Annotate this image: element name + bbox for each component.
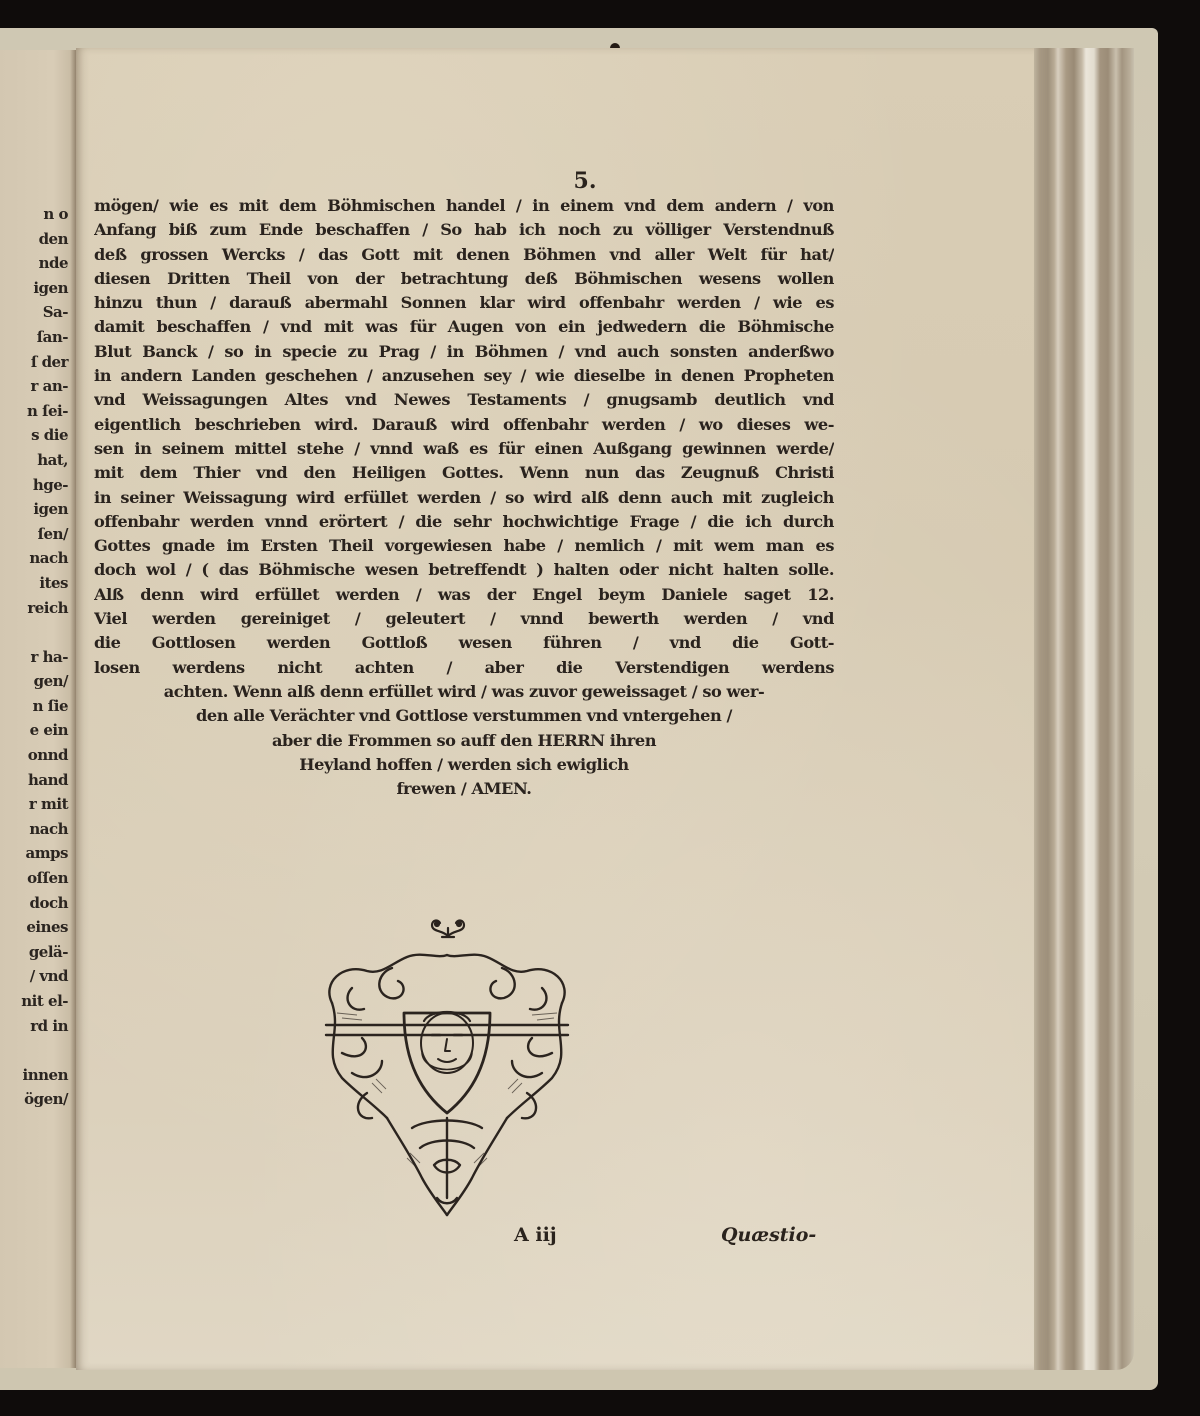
facing-page-fragment: gen/: [21, 669, 68, 694]
facing-page-fragment: eines: [21, 915, 68, 940]
facing-page-fragment: ögen/: [21, 1087, 68, 1112]
text-line: die Gottlosen werden Gottloß wesen führe…: [94, 631, 834, 655]
text-line: vnd Weissagungen Altes vnd Newes Testame…: [94, 388, 834, 412]
facing-page-fragment: onnd: [21, 743, 68, 768]
woodcut-vignette-icon: [312, 943, 582, 1221]
facing-page-fragment: [21, 1038, 68, 1063]
facing-page-fragment: r ha-: [21, 645, 68, 670]
text-line: diesen Dritten Theil von der betrachtung…: [94, 267, 834, 291]
facing-page-fragment: e ein: [21, 718, 68, 743]
facing-page-fragment: doch: [21, 891, 68, 916]
text-line: Anfang biß zum Ende beschaffen / So hab …: [94, 218, 834, 242]
facing-page-fragment: n ſie: [21, 694, 68, 719]
facing-page-fragment: gelä-: [21, 940, 68, 965]
page-recto: 5. mögen/ wie es mit dem Böhmischen hand…: [76, 48, 1034, 1370]
signature-mark: A iij: [514, 1224, 557, 1246]
facing-page-fragment: n o: [21, 202, 68, 227]
text-line: damit beschaffen / vnd mit was für Augen…: [94, 315, 834, 339]
facing-page-fragment: nach: [21, 546, 68, 571]
facing-page-fragment: r mit: [21, 792, 68, 817]
facing-page-fragment: hand: [21, 768, 68, 793]
facing-page-fragment: ites: [21, 571, 68, 596]
facing-page-fragment: ſen/: [21, 522, 68, 547]
facing-page-fragment: amps: [21, 841, 68, 866]
text-line: mit dem Thier vnd den Heiligen Gottes. W…: [94, 461, 834, 485]
facing-page-fragment: nde: [21, 251, 68, 276]
facing-page-text-fragments: n odenndeigenSa-ſan-ſ derr an-n ſei-s di…: [21, 202, 68, 1112]
facing-page-fragment: den: [21, 227, 68, 252]
text-line: sen in seinem mittel stehe / vnnd waß es…: [94, 437, 834, 461]
text-line: Gottes gnade im Ersten Theil vorgewiesen…: [94, 534, 834, 558]
closing-line: frewen / AMEN.: [94, 777, 834, 801]
facing-page-fragment: reich: [21, 596, 68, 621]
facing-page-fragment: igen: [21, 276, 68, 301]
text-line: Viel werden gereiniget / geleutert / vnn…: [94, 607, 834, 631]
closing-line: achten. Wenn alß denn erfüllet wird / wa…: [94, 680, 834, 704]
closing-line: Heyland hoffen / werden sich ewiglich: [94, 753, 834, 777]
facing-page-fragment: ſ der: [21, 350, 68, 375]
text-line: in andern Landen geschehen / anzusehen s…: [94, 364, 834, 388]
text-line: eigentlich beschrieben wird. Darauß wird…: [94, 413, 834, 437]
body-text: mögen/ wie es mit dem Böhmischen handel …: [94, 194, 834, 801]
page-number: 5.: [76, 168, 1034, 194]
facing-page-fragment: rd in: [21, 1014, 68, 1039]
facing-page-fragment: innen: [21, 1063, 68, 1088]
facing-page-fragment: / vnd: [21, 964, 68, 989]
catchword: Quæstio-: [721, 1224, 816, 1246]
closing-line: den alle Verächter vnd Gottlose verstumm…: [94, 704, 834, 728]
facing-page-fragment: n ſei-: [21, 399, 68, 424]
facing-page-fragment: oſſen: [21, 866, 68, 891]
text-line: in seiner Weissagung wird erfüllet werde…: [94, 486, 834, 510]
facing-page-fragment: ſan-: [21, 325, 68, 350]
facing-page-left: n odenndeigenSa-ſan-ſ derr an-n ſei-s di…: [0, 50, 76, 1368]
closing-line: aber die Frommen so auff den HERRN ihren: [94, 729, 834, 753]
text-line: deß grossen Wercks / das Gott mit denen …: [94, 243, 834, 267]
text-line: doch wol / ( das Böhmische wesen betreff…: [94, 558, 834, 582]
fleuron-ornament-icon: [426, 916, 470, 940]
facing-page-fragment: Sa-: [21, 300, 68, 325]
text-line: offenbahr werden vnnd erörtert / die seh…: [94, 510, 834, 534]
facing-page-fragment: nit el-: [21, 989, 68, 1014]
text-line: losen werdens nicht achten / aber die Ve…: [94, 656, 834, 680]
text-line: Blut Banck / so in specie zu Prag / in B…: [94, 340, 834, 364]
text-line: Alß denn wird erfüllet werden / was der …: [94, 583, 834, 607]
facing-page-fragment: [21, 620, 68, 645]
facing-page-fragment: igen: [21, 497, 68, 522]
fore-edge-leaves: [1034, 48, 1134, 1370]
facing-page-fragment: hat,: [21, 448, 68, 473]
facing-page-fragment: nach: [21, 817, 68, 842]
facing-page-fragment: s die: [21, 423, 68, 448]
facing-page-fragment: r an-: [21, 374, 68, 399]
facing-page-fragment: hge-: [21, 473, 68, 498]
text-line: hinzu thun / darauß abermahl Sonnen klar…: [94, 291, 834, 315]
text-line: mögen/ wie es mit dem Böhmischen handel …: [94, 194, 834, 218]
